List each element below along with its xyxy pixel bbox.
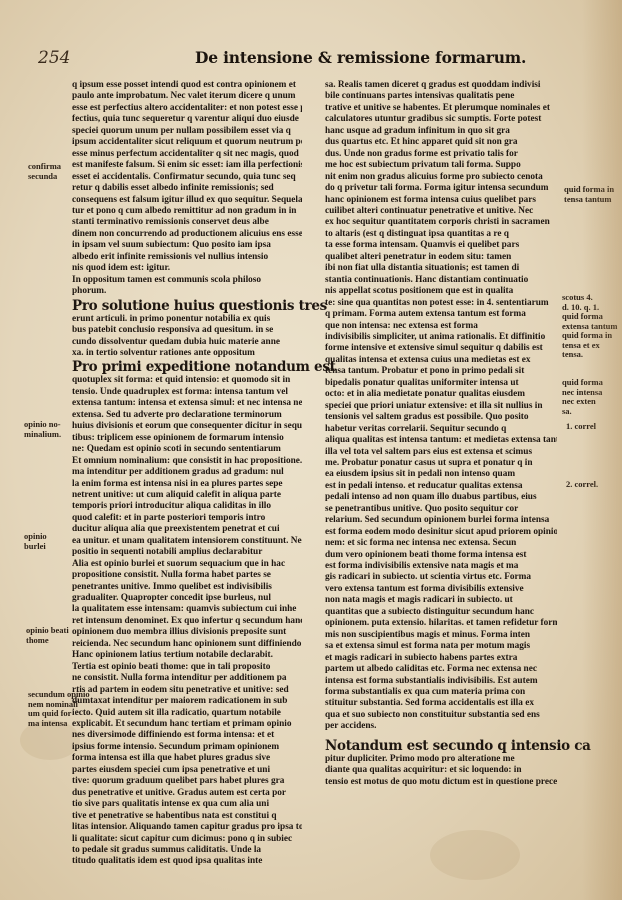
text-line: In oppositum tamen est communis scola ph… (72, 275, 302, 286)
text-line: nis quod idem est: igitur. (72, 263, 302, 274)
text-line: dus penetrative et unitive. Gradus autem… (72, 788, 302, 799)
text-line: dus quartus etc. Et hinc apparet quid si… (325, 137, 557, 148)
text-line: octo: et in alia medietate ponatur quali… (325, 389, 557, 400)
text-line: bipedalis ponatur qualitas uniformiter i… (325, 378, 557, 389)
text-line: intensa est forma substantialis indivisi… (325, 676, 557, 687)
text-line: tensio est motus de quo motu dictum est … (325, 777, 557, 788)
margin-note: opinioburlei (24, 532, 47, 551)
section-heading: Pro solutione huius questionis tres (72, 299, 302, 314)
text-line: ret intensum denominet. Ex quo infertur … (72, 616, 302, 627)
margin-note: opinio no-minalium. (24, 420, 61, 439)
text-line: litas intensior. Aliquando tamen capitur… (72, 822, 302, 833)
text-block: sa. Realis tamen diceret q gradus est qu… (325, 80, 557, 733)
text-line: est manifeste falsum. Si enim sic esset:… (72, 160, 302, 171)
text-line: consequens est falsum igitur illud ex qu… (72, 195, 302, 206)
text-line: ea unitur. et unam qualitatem intensiore… (72, 536, 302, 547)
text-line: albedo erit infinite remissionis vel nul… (72, 252, 302, 263)
text-line: et magis radicari in subiecto habens par… (325, 653, 557, 664)
text-line: mis non suscipientibus magis et minus. F… (325, 630, 557, 641)
text-line: stantia continuationis. Hanc distantiam … (325, 275, 557, 286)
text-line: gradualiter. Quapropter concedit ipse bu… (72, 593, 302, 604)
text-line: cuilibet alteri continuatur penetrative … (325, 206, 557, 217)
text-line: bus patebit conclusio responsiva ad ques… (72, 325, 302, 336)
text-line: est in pedali intenso. et reducatur qual… (325, 481, 557, 492)
text-line: gis radicari in subiecto. ut scientia vi… (325, 572, 557, 583)
text-line: li qualitate: sicut capitur cum dicimus:… (72, 834, 302, 845)
text-line: speciei quorum unum per nullam possibile… (72, 126, 302, 137)
text-line: secunda (28, 172, 61, 182)
text-line: cundo dissolventur quedam dubia huic mat… (72, 337, 302, 348)
text-line: non nata magis et magis radicari in subi… (325, 595, 557, 606)
text-line: Et omnium nominalium: que consistit in h… (72, 456, 302, 467)
margin-note: quid forma intensa tantum (564, 185, 614, 204)
text-block: erunt articuli. in primo ponentur notabi… (72, 314, 302, 360)
text-line: tive et penetrative se habentibus nata e… (72, 811, 302, 822)
text-line: extensa tantum: intensa et extensa simul… (72, 398, 302, 409)
text-block: quotuplex sit forma: et quid intensio: e… (72, 375, 302, 867)
text-line: illa vel tota vel saltem pars eius est e… (325, 447, 557, 458)
text-line: que non intensa: nec extensa est forma (325, 321, 557, 332)
text-line: to pedale sit gradus summus caliditatis.… (72, 845, 302, 856)
text-line: ta esse forma intensam. Quamvis ei queli… (325, 240, 557, 251)
text-line: ducitur aliqua alia que preexistentem pe… (72, 524, 302, 535)
text-line: ex hoc sequitur quantitatem corporis chr… (325, 217, 557, 228)
text-line: ibi non fiat ulla distantia situationis;… (325, 263, 557, 274)
section-heading: Pro primi expeditione notandum est (72, 360, 302, 375)
text-line: tensa. (562, 350, 617, 360)
text-line: me hoc est subiectum privatum tali forma… (325, 160, 557, 171)
book-page: 254 De intensione & remissione formarum.… (0, 0, 622, 900)
text-line: la enim forma est intensa nisi in ea plu… (72, 479, 302, 490)
paper-stain (430, 830, 520, 880)
margin-note: quid formanec intensanec extensa. (562, 378, 603, 416)
text-line: partes eiusdem speciei cum ipsa penetrat… (72, 765, 302, 776)
section-heading: Notandum est secundo q intensio ca (325, 739, 557, 754)
text-line: q ipsum esse posset intendi quod est con… (72, 80, 302, 91)
folio-number: 254 (38, 48, 70, 68)
text-line: netrent unitive: ut cum aliquid calefit … (72, 490, 302, 501)
text-line: diante qua qualitas acquiritur: et sic l… (325, 765, 557, 776)
text-line: huius divisionis et eorum que consequent… (72, 421, 302, 432)
text-line: 1. correl (566, 422, 596, 432)
text-line: Hanc opinionem latius tertium notabile d… (72, 650, 302, 661)
text-line: ea eiusdem ipsius sit in pedali non inte… (325, 469, 557, 480)
margin-note: confirmasecunda (28, 162, 61, 181)
text-line: quantitas que a subiecto distinguitur se… (325, 607, 557, 618)
margin-note: 1. correl (566, 422, 596, 432)
text-line: ne: Quedam est opinio scoti in secundo s… (72, 444, 302, 455)
text-line: to altaris (est q distinguat ipsa quanti… (325, 229, 557, 240)
text-line: dus. Unde non gradus forme est privatio … (325, 149, 557, 160)
text-line: do q privetur tali forma. Forma igitur i… (325, 183, 557, 194)
right-column: sa. Realis tamen diceret q gradus est qu… (325, 80, 557, 788)
text-line: la qualitatem esse intensam: quamvis sub… (72, 604, 302, 615)
text-line: habetur veritas correlarii. Sequitur sec… (325, 424, 557, 435)
text-line: explicabit. Et secundum hanc tertiam et … (72, 719, 302, 730)
text-line: dumtaxat intenditur per maiorem radicati… (72, 696, 302, 707)
left-column: q ipsum esse posset intendi quod est con… (72, 80, 302, 868)
text-line: forme intensive et extensive simul sequi… (325, 343, 557, 354)
text-line: tensa tantum (564, 195, 614, 205)
margin-note: secundum opinionem nominalium quid forma… (28, 690, 90, 728)
text-line: nem: et sic forma nec intensa nec extens… (325, 538, 557, 549)
text-line: sa et extensa simul est forma nata per m… (325, 641, 557, 652)
text-line: sa. Realis tamen diceret q gradus est qu… (325, 80, 557, 91)
margin-note: 2. correl. (566, 480, 598, 490)
text-line: ma intensa (28, 719, 90, 729)
text-line: erunt articuli. in primo ponentur notabi… (72, 314, 302, 325)
text-line: stituitur substantia. Sed forma accident… (325, 698, 557, 709)
text-line: in ipsam vel suum subiectum: Quo posito … (72, 240, 302, 251)
text-line: nit enim non gradus alicuius forme pro s… (325, 172, 557, 183)
text-line: iecto. Quid autem sit illa radicatio, qu… (72, 708, 302, 719)
text-line: ne consistit. Nulla forma intenditur per… (72, 673, 302, 684)
text-line: q primam. Forma autem extensa tantum est… (325, 309, 557, 320)
text-line: est forma indivisibilis extensive nata m… (325, 561, 557, 572)
text-line: pedali intenso ad non quam illo duabus p… (325, 492, 557, 503)
text-line: dum vero opinionem beati thome forma int… (325, 550, 557, 561)
text-line: penetrantes unitive. Immo quelibet est i… (72, 582, 302, 593)
text-line: propositione consistit. Nulla forma habe… (72, 570, 302, 581)
text-line: tio sive pars qualitatis intense ex qua … (72, 799, 302, 810)
text-line: dinem non concurrendo ad productionem al… (72, 229, 302, 240)
text-line: quod calefit: et in parte posteriori tem… (72, 513, 302, 524)
text-line: extensa. Sed tu adverte pro declaratione… (72, 410, 302, 421)
text-line: rtis ad partem in eodem situ penetrative… (72, 685, 302, 696)
text-line: bile continuans partes intensivas qualit… (325, 91, 557, 102)
text-line: ipsius forme intensio. Secundum primam o… (72, 742, 302, 753)
text-line: est forma eodem modo desinitur sicut apu… (325, 527, 557, 538)
text-line: vero extensa tantum est forma divisibili… (325, 584, 557, 595)
text-line: indivisibilis simpliciter, ut anima rati… (325, 332, 557, 343)
text-line: stanti terminativo remissionis conservet… (72, 217, 302, 228)
text-line: se penetrantibus unitive. Quo posito seq… (325, 504, 557, 515)
text-line: me. Probatur ponatur casus ut supra et p… (325, 458, 557, 469)
text-line: qua et suo subiecto non constituitur sub… (325, 710, 557, 721)
text-line: temporis priori introducitur aliqua cali… (72, 501, 302, 512)
text-line: esse minus perfectum accidentaliter q si… (72, 149, 302, 160)
running-head: De intensione & remissione formarum. (195, 48, 526, 67)
text-line: phorum. (72, 286, 302, 297)
text-line: fectius, quia tunc sequeretur q varentur… (72, 114, 302, 125)
margin-note: scotus 4.d. 10. q. 1.quid formaextensa t… (562, 293, 617, 360)
text-line: sa. (562, 407, 603, 417)
text-line: pitur dupliciter. Primo modo pro alterat… (325, 754, 557, 765)
text-line: opinionem duo membra illius divisionis p… (72, 627, 302, 638)
text-line: forma substantialis ex qua cum materia p… (325, 687, 557, 698)
text-line: nis appellat scotus positionem que est i… (325, 286, 557, 297)
text-line: 2. correl. (566, 480, 598, 490)
text-line: tur et pono q cum albedo remittitur ad n… (72, 206, 302, 217)
text-line: Tertia est opinio beati thome: que in ta… (72, 662, 302, 673)
text-line: tensa tantum. Probatur et pono in primo … (325, 366, 557, 377)
text-line: hanc usque ad gradum infinitum in quo si… (325, 126, 557, 137)
text-line: tensio. Unde quadruplex est forma: inten… (72, 387, 302, 398)
text-line: paulo ante improbatum. Nec valet iterum … (72, 91, 302, 102)
margin-note: opinio beatithome (26, 626, 69, 645)
text-line: speciei que priori uniatur extensive: et… (325, 401, 557, 412)
text-line: Alia est opinio burlei et suorum sequaci… (72, 559, 302, 570)
text-line: reicienda. Nec secundum hanc opinionem s… (72, 639, 302, 650)
text-block: q ipsum esse posset intendi quod est con… (72, 80, 302, 298)
text-line: ipsum accidentaliter sicut reliquum et q… (72, 137, 302, 148)
text-block: pitur dupliciter. Primo modo pro alterat… (325, 754, 557, 788)
text-line: titudo qualitatis idem est quod ipsa qua… (72, 856, 302, 867)
text-line: positio in sequenti notabili amplius dec… (72, 547, 302, 558)
text-line: relarium. Sed secundum opinionem burlei … (325, 515, 557, 526)
text-line: esset ei accidentalis. Confirmatur secun… (72, 172, 302, 183)
text-line: forma intensa est illa que habet plures … (72, 753, 302, 764)
text-line: trative et unitive se habentes. Et pleru… (325, 103, 557, 114)
text-line: hanc opinionem est forma intensa cuius q… (325, 195, 557, 206)
text-line: te: sine qua quantitas non potest esse: … (325, 298, 557, 309)
text-line: ma intenditur per additionem gradus ad g… (72, 467, 302, 478)
text-line: burlei (24, 542, 47, 552)
text-line: retur q dabilis esset albedo infinite re… (72, 183, 302, 194)
text-line: opinionem. puta extensio. hilaritas. et … (325, 618, 557, 629)
text-line: tibus: triplicem esse opinionem de forma… (72, 433, 302, 444)
text-line: tensionis vel saltem gradus est possibil… (325, 412, 557, 423)
text-line: xa. in tertio solventur rationes ante op… (72, 348, 302, 359)
text-line: per accidens. (325, 721, 557, 732)
text-line: calculatores utuntur gradibus sic sumpti… (325, 114, 557, 125)
text-line: partem ut albedo caliditas etc. Forma ne… (325, 664, 557, 675)
text-line: qualitas intensa et extensa cuius una me… (325, 355, 557, 366)
text-line: tive: quorum graduum quelibet pars habet… (72, 776, 302, 787)
text-line: thome (26, 636, 69, 646)
text-line: esse est perfectius altero accidentalite… (72, 103, 302, 114)
text-line: qualibet alteri penetratur in eodem situ… (325, 252, 557, 263)
text-line: quotuplex sit forma: et quid intensio: e… (72, 375, 302, 386)
text-line: aliqua qualitas est intensa tantum: et m… (325, 435, 557, 446)
text-line: minalium. (24, 430, 61, 440)
text-line: nes diversimode diffiniendo est forma in… (72, 730, 302, 741)
